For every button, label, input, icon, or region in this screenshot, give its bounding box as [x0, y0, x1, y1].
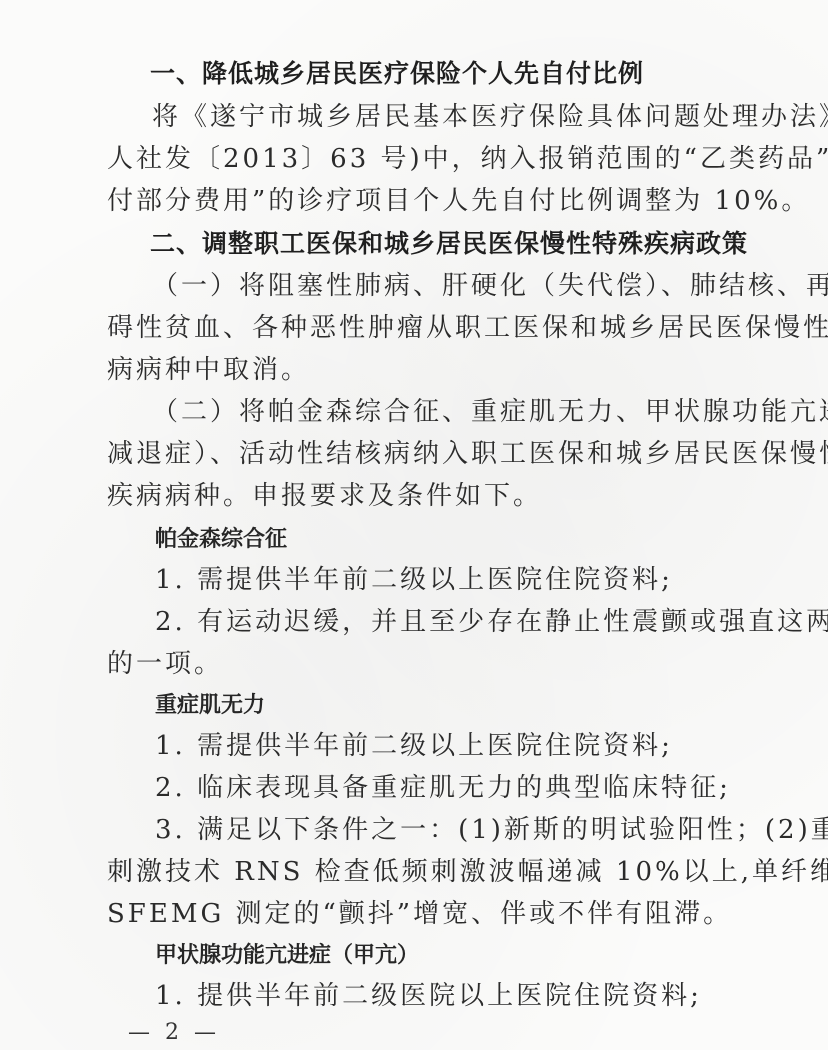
section-heading-1: 一、降低城乡居民医疗保险个人先自付比例 — [150, 58, 644, 90]
criteria-line: SFEMG 测定的“颤抖”增宽、伴或不伴有阻滞。 — [107, 898, 732, 930]
paragraph-line: 付部分费用”的诊疗项目个人先自付比例调整为 10%。 — [107, 185, 810, 217]
item-line: （二）将帕金森综合征、重症肌无力、甲状腺功能亢进症（或 — [152, 396, 828, 428]
item-line: 病病种中取消。 — [107, 354, 310, 386]
criteria-line: 2. 有运动迟缓，并且至少存在静止性震颤或强直这两项主征 — [155, 606, 828, 638]
disease-heading-hyperthyroidism: 甲状腺功能亢进症（甲亢） — [155, 940, 419, 972]
disease-heading-parkinson: 帕金森综合征 — [155, 524, 287, 556]
criteria-line: 1. 需提供半年前二级以上医院住院资料; — [155, 730, 673, 762]
criteria-line: 刺激技术 RNS 检查低频刺激波幅递减 10%以上,单纤维肌电图 — [107, 856, 828, 888]
item-line: 疾病病种。申报要求及条件如下。 — [107, 480, 542, 512]
criteria-line: 3. 满足以下条件之一：(1)新斯的明试验阳性；(2)重复神经 — [155, 814, 828, 846]
page-number: — 2 — — [128, 1020, 220, 1045]
criteria-line: 的一项。 — [107, 648, 223, 680]
criteria-line: 2. 临床表现具备重症肌无力的典型临床特征; — [155, 772, 731, 804]
item-line: 减退症）、活动性结核病纳入职工医保和城乡居民医保慢性特殊 — [107, 438, 828, 470]
criteria-line: 1. 提供半年前二级医院以上医院住院资料; — [155, 980, 702, 1012]
paragraph-line: 将《遂宁市城乡居民基本医疗保险具体问题处理办法》（遂 — [152, 101, 828, 133]
section-heading-2: 二、调整职工医保和城乡居民医保慢性特殊疾病政策 — [150, 228, 748, 260]
document-page: 一、降低城乡居民医疗保险个人先自付比例 将《遂宁市城乡居民基本医疗保险具体问题处… — [0, 0, 828, 1050]
item-line: 碍性贫血、各种恶性肿瘤从职工医保和城乡居民医保慢性特殊疾 — [107, 312, 828, 344]
disease-heading-myasthenia: 重症肌无力 — [155, 690, 265, 722]
paragraph-line: 人社发〔2013〕63 号)中，纳入报销范围的“乙类药品”和“支 — [107, 143, 828, 175]
criteria-line: 1. 需提供半年前二级以上医院住院资料; — [155, 564, 673, 596]
item-line: （一）将阻塞性肺病、肝硬化（失代偿）、肺结核、再生障 — [152, 270, 828, 302]
